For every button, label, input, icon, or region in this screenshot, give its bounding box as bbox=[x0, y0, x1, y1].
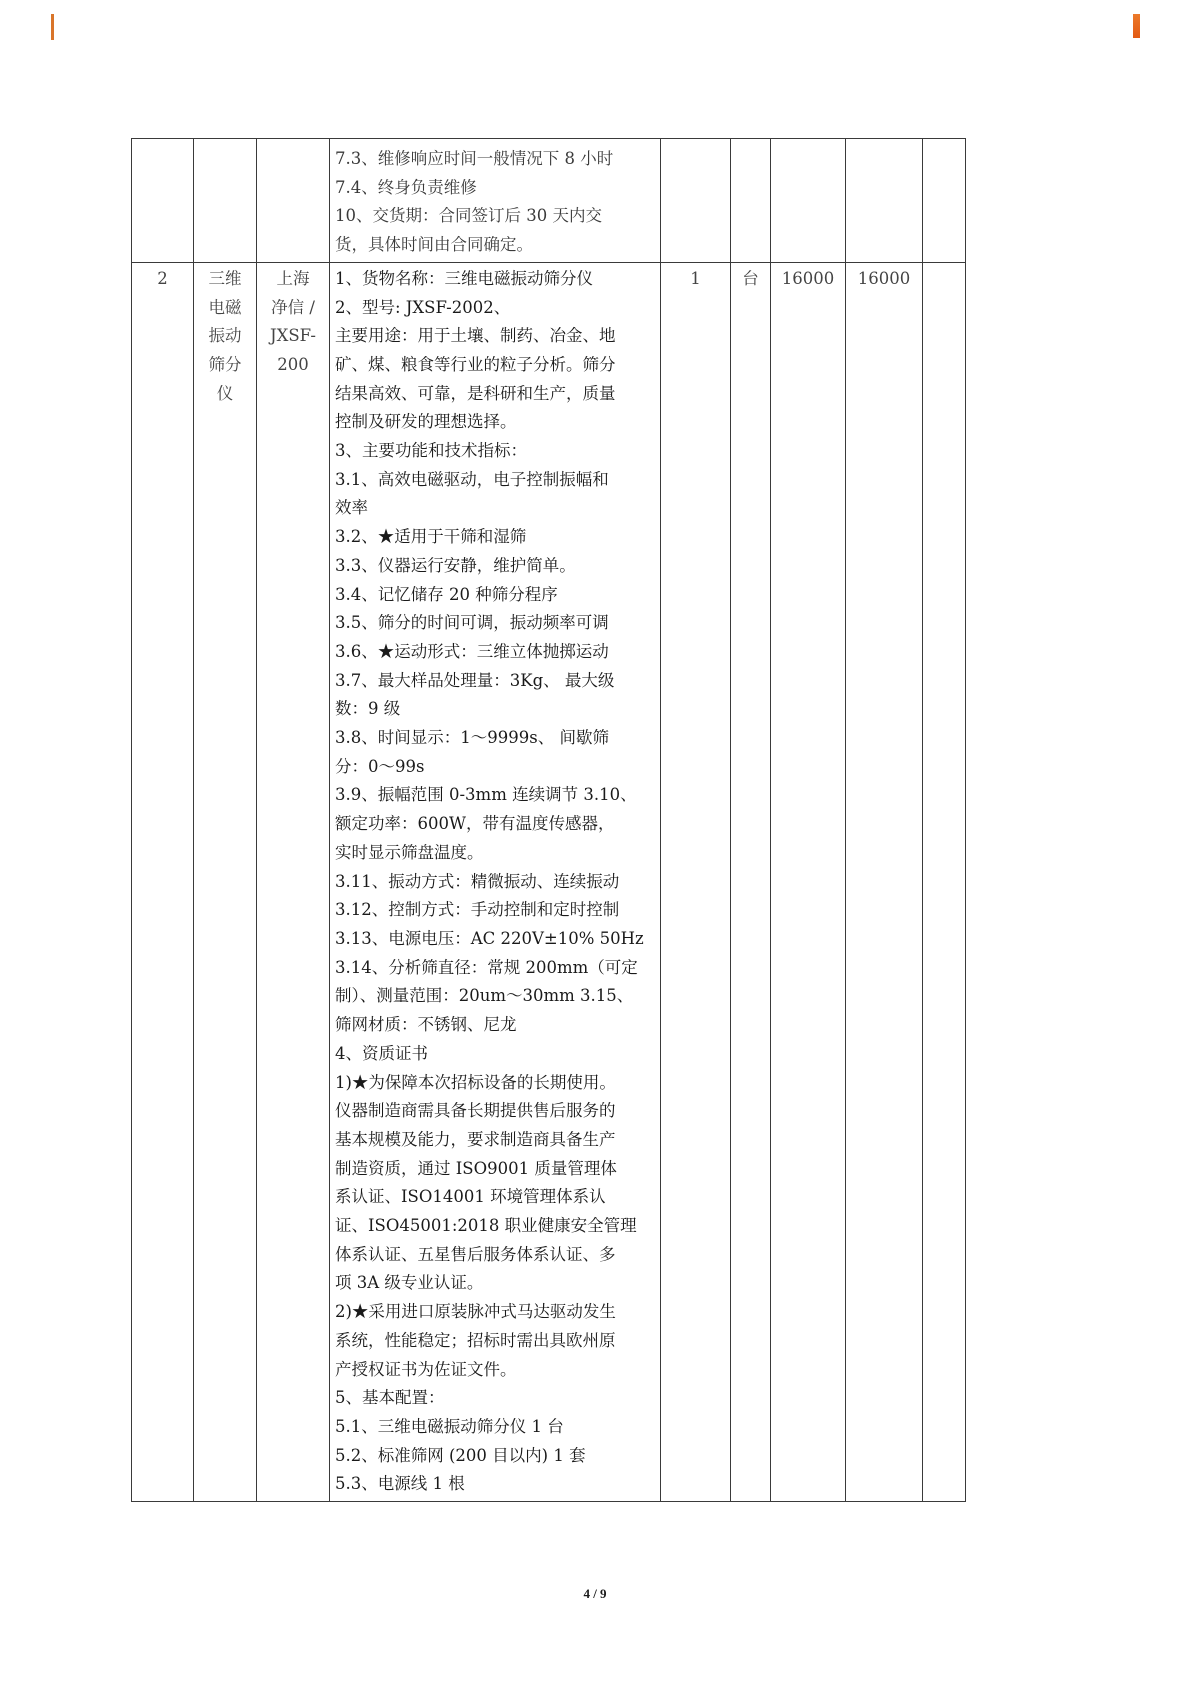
spec-line: 货，具体时间由合同确定。 bbox=[335, 231, 656, 260]
spec-line: 2、型号: JXSF-2002、 bbox=[335, 294, 656, 323]
brand-line: JXSF- bbox=[257, 322, 329, 351]
spec-line: 系认证、ISO14001 环境管理体系认 bbox=[335, 1183, 656, 1212]
spec-line: 制造资质，通过 ISO9001 质量管理体 bbox=[335, 1155, 656, 1184]
item-name-line: 电磁 bbox=[194, 294, 256, 323]
spec-line: 3.2、★适用于干筛和湿筛 bbox=[335, 523, 656, 552]
brand-line: 200 bbox=[257, 351, 329, 380]
cell-unit-price: 16000 bbox=[771, 262, 846, 1501]
spec-line: 3.3、仪器运行安静，维护简单。 bbox=[335, 552, 656, 581]
cell-item-no bbox=[132, 139, 194, 263]
spec-line: 5.1、三维电磁振动筛分仪 1 台 bbox=[335, 1413, 656, 1442]
spec-line: 项 3A 级专业认证。 bbox=[335, 1269, 656, 1298]
spec-line: 3.6、★运动形式：三维立体抛掷运动 bbox=[335, 638, 656, 667]
cell-item-name: 三维 电磁 振动 筛分 仪 bbox=[194, 262, 257, 1501]
spec-line: 1)★为保障本次招标设备的长期使用。 bbox=[335, 1069, 656, 1098]
spec-line: 3.1、高效电磁驱动，电子控制振幅和 bbox=[335, 466, 656, 495]
cell-quantity bbox=[661, 139, 731, 263]
spec-line: 制）、测量范围：20um～30mm 3.15、 bbox=[335, 982, 656, 1011]
spec-line: 产授权证书为佐证文件。 bbox=[335, 1356, 656, 1385]
spec-line: 主要用途：用于土壤、制药、冶金、地 bbox=[335, 322, 656, 351]
spec-line: 3、主要功能和技术指标： bbox=[335, 437, 656, 466]
spec-line: 5.3、电源线 1 根 bbox=[335, 1470, 656, 1499]
spec-line: 额定功率：600W，带有温度传感器， bbox=[335, 810, 656, 839]
spec-line: 1、货物名称：三维电磁振动筛分仪 bbox=[335, 265, 656, 294]
cell-unit-price bbox=[771, 139, 846, 263]
spec-line: 仪器制造商需具备长期提供售后服务的 bbox=[335, 1097, 656, 1126]
spec-line: 3.9、振幅范围 0-3mm 连续调节 3.10、 bbox=[335, 781, 656, 810]
spec-line: 效率 bbox=[335, 494, 656, 523]
cell-remarks bbox=[923, 262, 966, 1501]
spec-line: 10、交货期：合同签订后 30 天内交 bbox=[335, 202, 656, 231]
spec-line: 5.2、标准筛网 (200 目以内) 1 套 bbox=[335, 1442, 656, 1471]
spec-line: 3.4、记忆储存 20 种筛分程序 bbox=[335, 581, 656, 610]
spec-line: 控制及研发的理想选择。 bbox=[335, 408, 656, 437]
procurement-spec-table: 7.3、维修响应时间一般情况下 8 小时 7.4、终身负责维修 10、交货期：合… bbox=[131, 138, 966, 1502]
cell-quantity: 1 bbox=[661, 262, 731, 1501]
cell-remarks bbox=[923, 139, 966, 263]
cell-brand-model bbox=[257, 139, 330, 263]
cell-total-price: 16000 bbox=[846, 262, 923, 1501]
cell-unit bbox=[731, 139, 771, 263]
spec-line: 结果高效、可靠，是科研和生产，质量 bbox=[335, 380, 656, 409]
scan-corner-mark-right bbox=[1133, 14, 1140, 38]
spec-line: 4、资质证书 bbox=[335, 1040, 656, 1069]
cell-unit: 台 bbox=[731, 262, 771, 1501]
spec-line: 5、基本配置： bbox=[335, 1384, 656, 1413]
spec-line: 基本规模及能力，要求制造商具备生产 bbox=[335, 1126, 656, 1155]
item-name-line: 振动 bbox=[194, 322, 256, 351]
item-name-line: 仪 bbox=[194, 380, 256, 409]
scan-corner-mark-left bbox=[51, 14, 54, 40]
spec-line: 筛网材质：不锈钢、尼龙 bbox=[335, 1011, 656, 1040]
item-name-line: 筛分 bbox=[194, 351, 256, 380]
brand-line: 上海 bbox=[257, 263, 329, 294]
table-row-item-2: 2 三维 电磁 振动 筛分 仪 上海 净信 / JXSF- 200 1、货物名称… bbox=[132, 262, 966, 1501]
spec-line: 矿、煤、粮食等行业的粒子分析。筛分 bbox=[335, 351, 656, 380]
spec-line: 3.14、分析筛直径：常规 200mm（可定 bbox=[335, 954, 656, 983]
cell-brand-model: 上海 净信 / JXSF- 200 bbox=[257, 262, 330, 1501]
cell-specification: 1、货物名称：三维电磁振动筛分仪2、型号: JXSF-2002、主要用途：用于土… bbox=[330, 262, 661, 1501]
cell-specification: 7.3、维修响应时间一般情况下 8 小时 7.4、终身负责维修 10、交货期：合… bbox=[330, 139, 661, 263]
spec-line: 3.8、时间显示：1～9999s、 间歇筛 bbox=[335, 724, 656, 753]
spec-line: 体系认证、五星售后服务体系认证、多 bbox=[335, 1241, 656, 1270]
spec-line: 3.13、电源电压：AC 220V±10% 50Hz bbox=[335, 925, 656, 954]
spec-line: 7.3、维修响应时间一般情况下 8 小时 bbox=[335, 145, 656, 174]
cell-item-name bbox=[194, 139, 257, 263]
spec-line: 分：0～99s bbox=[335, 753, 656, 782]
spec-line: 7.4、终身负责维修 bbox=[335, 174, 656, 203]
table-row-continuation: 7.3、维修响应时间一般情况下 8 小时 7.4、终身负责维修 10、交货期：合… bbox=[132, 139, 966, 263]
page-number: 4 / 9 bbox=[0, 1586, 1190, 1602]
spec-line: 3.5、筛分的时间可调，振动频率可调 bbox=[335, 609, 656, 638]
cell-item-no: 2 bbox=[132, 262, 194, 1501]
item-name-line: 三维 bbox=[194, 263, 256, 294]
spec-line: 3.12、控制方式：手动控制和定时控制 bbox=[335, 896, 656, 925]
spec-line: 实时显示筛盘温度。 bbox=[335, 839, 656, 868]
spec-line: 系统，性能稳定；招标时需出具欧州原 bbox=[335, 1327, 656, 1356]
spec-line: 3.11、振动方式：精微振动、连续振动 bbox=[335, 868, 656, 897]
spec-line: 2)★采用进口原装脉冲式马达驱动发生 bbox=[335, 1298, 656, 1327]
spec-line: 数：9 级 bbox=[335, 695, 656, 724]
spec-line: 证、ISO45001:2018 职业健康安全管理 bbox=[335, 1212, 656, 1241]
spec-line: 3.7、最大样品处理量：3Kg、 最大级 bbox=[335, 667, 656, 696]
brand-line: 净信 / bbox=[257, 294, 329, 323]
cell-total-price bbox=[846, 139, 923, 263]
